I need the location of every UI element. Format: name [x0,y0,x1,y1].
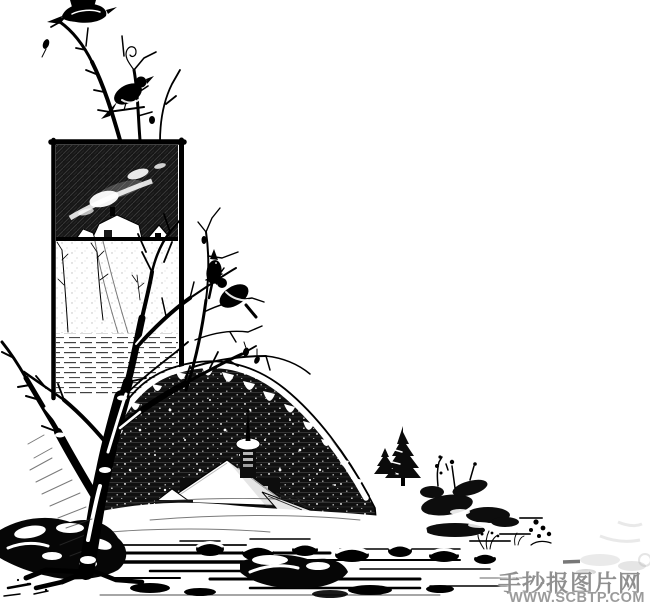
fir-trees [374,426,443,486]
watermark-site-url: WWW.SCBTP.COM [509,590,645,606]
engraving-canvas [0,0,650,615]
perched-bird-left [101,76,154,119]
top-edge-bird [47,0,117,24]
vignette-snowfield [56,241,178,333]
top-branches [41,0,180,142]
sapling [437,457,442,486]
chimney [110,207,115,216]
leaf-cluster [529,519,551,545]
panel-branch-birds [186,208,310,390]
vignette-horizon [56,237,178,242]
winter-engraving-illustration: 手抄报图片网 WWW.SCBTP.COM [0,0,650,615]
framed-vignette [51,140,184,398]
tendril-curl [126,47,136,70]
center-rock-cluster [240,555,348,588]
